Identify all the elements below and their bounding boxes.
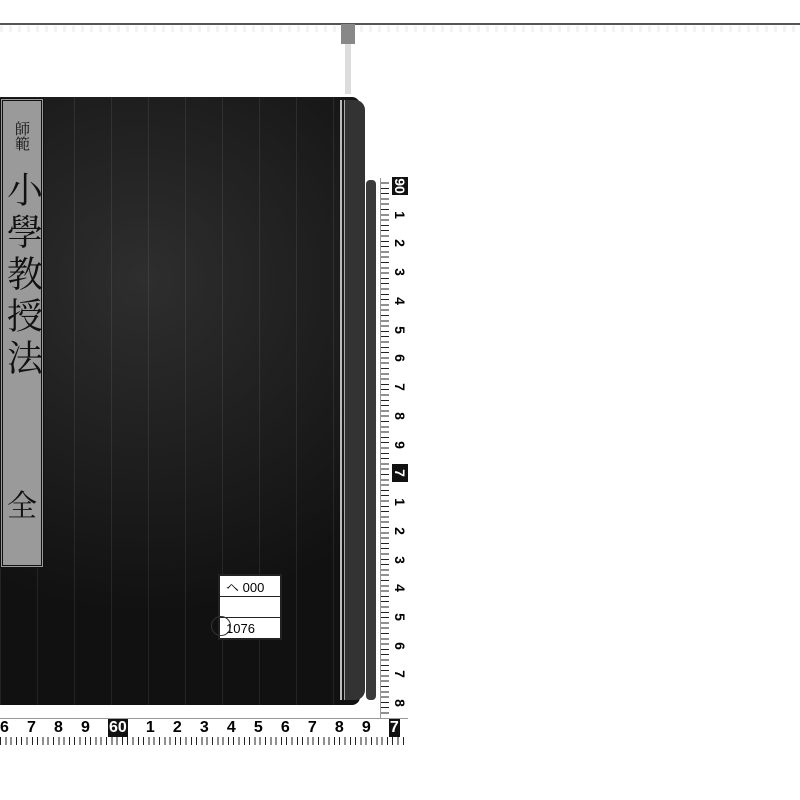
ruler-mark: 7	[392, 378, 408, 396]
ruler-mark: 8	[392, 407, 408, 425]
ruler-mark: 4	[227, 719, 236, 737]
ruler-mark: 3	[200, 719, 209, 737]
tag-row-1: ヘ 000	[220, 576, 280, 597]
ruler-mark: 1	[146, 719, 155, 737]
ruler-mark: 1	[392, 493, 408, 511]
ruler-mark: 6	[392, 637, 408, 655]
ruler-mark: 7	[27, 719, 36, 737]
horizontal-ruler-marks: 6789601234567897	[0, 719, 400, 737]
page-tab-shadow	[345, 44, 351, 94]
ruler-mark: 8	[54, 719, 63, 737]
ruler-mark: 4	[392, 579, 408, 597]
scan-top-edge	[0, 23, 800, 25]
binding-stitch	[340, 100, 342, 700]
title-label: 師範 小學教授法 全	[0, 98, 44, 568]
title-subtitle: 師範	[14, 121, 30, 151]
ruler-mark: 6	[281, 719, 290, 737]
ruler-mark: 8	[335, 719, 344, 737]
ruler-mark: 3	[392, 263, 408, 281]
ruler-mark: 9	[392, 436, 408, 454]
ruler-mark: 7	[389, 719, 400, 737]
ruler-mark: 4	[392, 292, 408, 310]
ruler-mark: 90	[392, 177, 408, 195]
horizontal-measuring-tape: 6789601234567897	[0, 718, 408, 745]
ruler-mark: 5	[254, 719, 263, 737]
book-spine-edge	[344, 100, 365, 700]
title-main: 小學教授法	[0, 171, 48, 381]
ruler-mark: 8	[392, 694, 408, 712]
ruler-mark: 60	[108, 719, 128, 737]
ruler-mark: 6	[392, 349, 408, 367]
ruler-mark: 5	[392, 608, 408, 626]
ruler-mark: 7	[392, 464, 408, 482]
tag-row-2	[220, 597, 280, 618]
ruler-mark: 2	[392, 234, 408, 252]
ruler-mark: 2	[392, 522, 408, 540]
library-stamp-icon	[211, 616, 231, 636]
ruler-mark: 9	[362, 719, 371, 737]
ruler-mark: 7	[392, 665, 408, 683]
book-cover	[0, 97, 360, 705]
page-tab	[341, 24, 355, 44]
ruler-mark: 9	[81, 719, 90, 737]
ruler-mark: 7	[308, 719, 317, 737]
vertical-ruler-marks: 901234567897123456789	[391, 178, 409, 740]
scan-noise	[0, 26, 800, 32]
ruler-mark: 5	[392, 321, 408, 339]
ruler-mark: 3	[392, 551, 408, 569]
ruler-mark: 6	[0, 719, 9, 737]
ruler-mark: 2	[173, 719, 182, 737]
ruler-mark: 1	[392, 206, 408, 224]
page-block-edge	[366, 180, 376, 700]
vertical-measuring-tape: 901234567897123456789	[380, 178, 409, 740]
title-volume: 全	[7, 481, 37, 525]
